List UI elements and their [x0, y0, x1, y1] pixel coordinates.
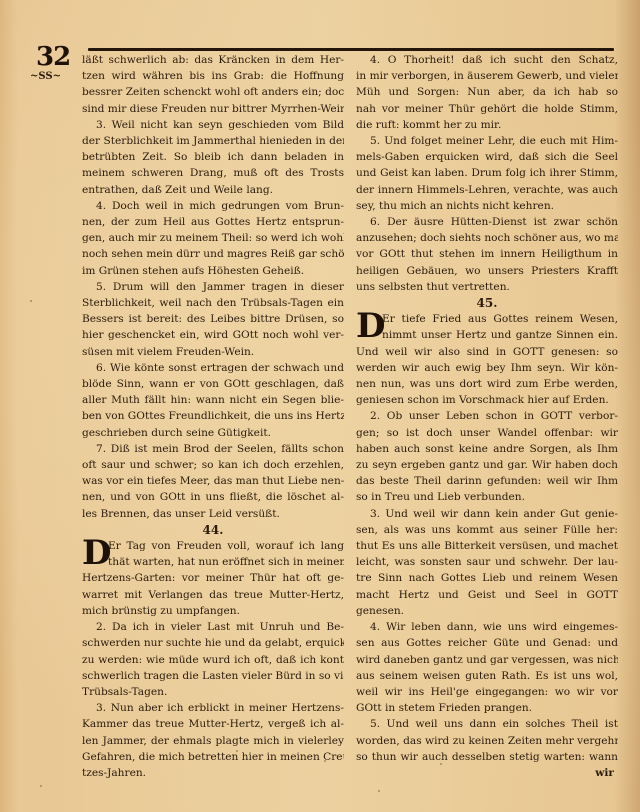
text-line: blöde Sinn, wann er von GOtt geschlagen,… [82, 376, 344, 392]
text-line: entrathen, daß Zeit und Weile lang. [82, 182, 344, 198]
text-line: der Sterblichkeit im Jammerthal hieniede… [82, 133, 344, 149]
text-line: sind mir diese Freuden nur bittrer Myrrh… [82, 101, 344, 117]
text-line: gen; so ist doch unser Wandel offenbar: … [356, 425, 618, 441]
text-line: Sterblichkeit, weil nach den Trübsals-Ta… [82, 295, 344, 311]
text-line: Trübsals-Tagen. [82, 684, 344, 700]
text-line: nen, der zum Heil aus Gottes Hertz entsp… [82, 214, 344, 230]
text-line: schwerlich tragen die Lasten vieler Bürd… [82, 668, 344, 684]
text-line: genesen. [356, 603, 618, 619]
header-rule [88, 48, 614, 51]
text-line: macht Hertz und Geist und Seel in GOTT [356, 587, 618, 603]
text-line: Hertzens-Garten: vor meiner Thür hat oft… [82, 570, 344, 586]
text-line: aller Muth fällt hin: wann nicht ein Seg… [82, 392, 344, 408]
paper-speck [378, 790, 380, 792]
text-line: die ruft: kommt her zu mir. [356, 117, 618, 133]
text-line: und Geist kan laben. Drum folg ich ihrer… [356, 165, 618, 181]
text-line: meinem schweren Drang, muß oft des Trost… [82, 165, 344, 181]
text-line: im Grünen stehen aufs Höhesten Geheiß. [82, 263, 344, 279]
text-line: thät warten, hat nun eröffnet sich in me… [82, 554, 344, 570]
text-line: mels-Gaben erquicken wird, daß sich die … [356, 149, 618, 165]
text-line: noch sehen mein dürr und magres Reiß gar… [82, 246, 344, 262]
text-line: läßt schwerlich ab: das Kräncken in dem … [82, 52, 344, 68]
stanza-start: 3. Weil nicht kan seyn geschieden vom Bi… [82, 117, 344, 133]
drop-cap: D [356, 309, 385, 343]
stanza-start: 5. Und folget meiner Lehr, die euch mit … [356, 133, 618, 149]
text-line: oft saur und schwer; so kan ich doch erz… [82, 457, 344, 473]
printer-ornament: ~SS~ [30, 71, 61, 82]
stanza-start: 2. Da ich in vieler Last mit Unruh und B… [82, 619, 344, 635]
text-line: len Jammer, der ehmals plagte mich in vi… [82, 733, 344, 749]
text-line: heiligen Gebäuen, wo unsers Priesters Kr… [356, 263, 618, 279]
text-line: was vor ein tiefes Meer, das man thut Li… [82, 473, 344, 489]
text-line: geschrieben durch seine Gütigkeit. [82, 425, 344, 441]
text-line: uns selbsten thut vertretten. [356, 279, 618, 295]
text-line: in mir verborgen, in äuserem Gewerb, und… [356, 68, 618, 84]
text-line: gen, auch mir zu meinem Theil: so werd i… [82, 230, 344, 246]
text-line: so thun wir auch desselben stetig warten… [356, 749, 618, 765]
text-line: nen nun, was uns dort wird zum Erbe werd… [356, 376, 618, 392]
text-line: tzes-Jahren. [82, 765, 344, 781]
paper-speck [236, 750, 238, 752]
hymn-44: D Er Tag von Freuden voll, worauf ich la… [82, 538, 344, 781]
stanza-start: 4. Wir leben dann, wie uns wird eingemes… [356, 619, 618, 635]
text-line: der innern Himmels-Lehren, verachte, was… [356, 182, 618, 198]
paper-speck [40, 785, 42, 787]
text-line: wird daneben gantz und gar vergessen, wa… [356, 652, 618, 668]
text-line: vor GOtt thut stehen im innern Heiligthu… [356, 246, 618, 262]
text-line: Er tiefe Fried aus Gottes reinem Wesen, [356, 311, 618, 327]
text-line: aus seinem weisen guten Rath. Es ist uns… [356, 668, 618, 684]
left-column: läßt schwerlich ab: das Kräncken in dem … [82, 52, 344, 781]
text-line: leicht, was sonsten saur und schwehr. De… [356, 554, 618, 570]
text-line: Bessers ist bereit: des Leibes bittre Dr… [82, 311, 344, 327]
text-line: schwerden nur suchte hie und da gelabt, … [82, 635, 344, 651]
text-line: das beste Theil darinn gefunden: weil wi… [356, 473, 618, 489]
text-line: tzen wird währen bis ins Grab: die Hoffn… [82, 68, 344, 84]
text-line: geniesen schon im Vorschmack hier auf Er… [356, 392, 618, 408]
text-line: les Brennen, das unser Leid versüßt. [82, 506, 344, 522]
text-line: nimmt unser Hertz und gantze Sinnen ein. [356, 327, 618, 343]
hymn-number: 45. [356, 295, 618, 311]
text-line: nah vor meiner Thür gehört die holde Sti… [356, 101, 618, 117]
right-column: 4. O Thorheit! daß ich sucht den Schatz,… [356, 52, 618, 781]
catchword: wir [356, 765, 618, 781]
drop-cap: D [82, 536, 111, 570]
text-line: Und weil wir also sind in GOTT genesen: … [356, 344, 618, 360]
stanza-start: 6. Der äusre Hütten-Dienst ist zwar schö… [356, 214, 618, 230]
text-line: sey, thu mich an nichts nicht kehren. [356, 198, 618, 214]
stanza-start: 4. O Thorheit! daß ich sucht den Schatz, [356, 52, 618, 68]
text-line: Er Tag von Freuden voll, worauf ich lang [82, 538, 344, 554]
text-line: nen, und von GOtt in uns fließt, die lös… [82, 489, 344, 505]
stanza-start: 2. Ob unser Leben schon in GOTT verbor- [356, 408, 618, 424]
text-line: Kammer das treue Mutter-Hertz, vergeß ic… [82, 716, 344, 732]
text-line: worden, das wird zu keinen Zeiten mehr v… [356, 733, 618, 749]
stanza-start: 3. Und weil wir dann kein ander Gut geni… [356, 506, 618, 522]
text-line: mich brünstig zu umpfangen. [82, 603, 344, 619]
stanza-start: 6. Wie könte sonst ertragen der schwach … [82, 360, 344, 376]
stanza-start: 3. Nun aber ich erblickt in meiner Hertz… [82, 700, 344, 716]
text-line: weil wir ins Heil'ge eingegangen: wo wir… [356, 684, 618, 700]
paper-speck [30, 300, 32, 302]
hymn-45: D Er tiefe Fried aus Gottes reinem Wesen… [356, 311, 618, 781]
text-line: warret mit Verlangen das treue Mutter-He… [82, 587, 344, 603]
text-line: hier geschencket ein, wird GOtt noch woh… [82, 327, 344, 343]
text-line: betrübten Zeit. So bleib ich dann belade… [82, 149, 344, 165]
text-line: tre Sinn nach Gottes Lieb und reinem Wes… [356, 570, 618, 586]
text-line: GOtt in stetem Frieden prangen. [356, 700, 618, 716]
text-line: zu seyn ergeben gantz und gar. Wir haben… [356, 457, 618, 473]
text-line: Gefahren, die mich betretten hier in mei… [82, 749, 344, 765]
text-line: anzusehen; doch siehts noch schöner aus,… [356, 230, 618, 246]
paper-speck [440, 763, 442, 765]
text-line: so in Treu und Lieb verbunden. [356, 489, 618, 505]
stanza-start: 5. Drum will den Jammer tragen in dieser [82, 279, 344, 295]
text-line: bessrer Zeiten schenckt wohl oft anders … [82, 84, 344, 100]
book-page: 32 ~SS~ läßt schwerlich ab: das Kräncken… [0, 0, 640, 812]
text-line: sen, als was uns kommt aus seiner Fülle … [356, 522, 618, 538]
text-line: thut Es uns alle Bitterkeit versüsen, un… [356, 538, 618, 554]
text-line: süsen mit vielem Freuden-Wein. [82, 344, 344, 360]
text-line: haben auch sonst keine andre Sorgen, als… [356, 441, 618, 457]
paper-speck [324, 760, 326, 762]
text-line: werden wir auch ewig bey Ihm seyn. Wir k… [356, 360, 618, 376]
text-line: ben von GOttes Freundlichkeit, die uns i… [82, 408, 344, 424]
page-number: 32 [36, 42, 70, 72]
stanza-start: 5. Und weil uns dann ein solches Theil i… [356, 716, 618, 732]
text-line: zu werden: wie müde wurd ich oft, daß ic… [82, 652, 344, 668]
stanza-start: 7. Diß ist mein Brod der Seelen, fällts … [82, 441, 344, 457]
text-line: sen aus Gottes reicher Güte und Genad: u… [356, 635, 618, 651]
stanza-start: 4. Doch weil in mich gedrungen vom Brun- [82, 198, 344, 214]
hymn-number: 44. [82, 522, 344, 538]
text-line: Müh und Sorgen: Nun aber, da ich hab so [356, 84, 618, 100]
